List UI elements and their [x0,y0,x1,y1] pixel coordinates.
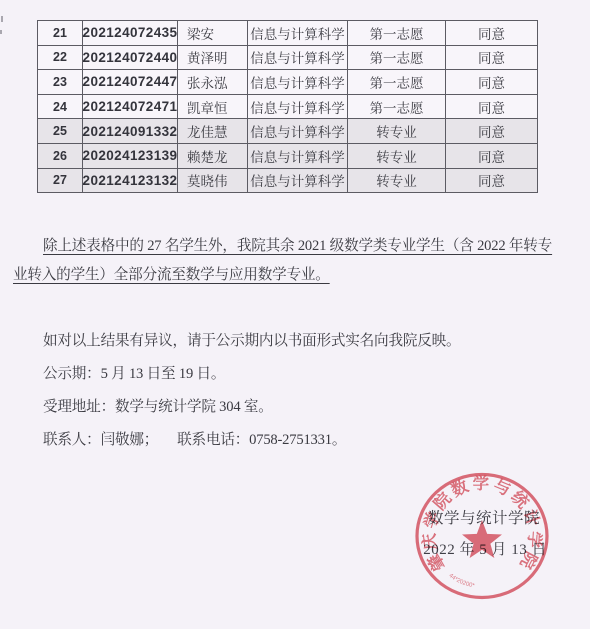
table-cell: 22 [38,46,83,71]
notice-paragraph-line2: 业转入的学生）全部分流至数学与应用数学专业。 [13,263,330,284]
scan-speck [1,16,3,22]
svg-text:44*20200*: 44*20200* [448,573,476,590]
allocation-table: 21202124072435梁安信息与计算科学第一志愿同意22202124072… [37,20,538,193]
publicity-period: 公示期：5 月 13 日至 19 日。 [43,362,225,383]
table-cell: 转专业 [348,169,446,194]
table-cell: 同意 [446,21,538,46]
table-cell: 信息与计算科学 [248,95,348,120]
table-cell: 同意 [446,169,538,194]
table-cell: 23 [38,70,83,95]
table-cell: 转专业 [348,119,446,144]
table-row: 26202024123139赖楚龙信息与计算科学转专业同意 [38,144,538,169]
table-cell: 信息与计算科学 [248,169,348,194]
table-row: 22202124072440黄泽明信息与计算科学第一志愿同意 [38,46,538,71]
table-cell: 第一志愿 [348,46,446,71]
table-cell: 第一志愿 [348,95,446,120]
table-cell: 黄泽明 [178,46,248,71]
table-cell: 张永泓 [178,70,248,95]
table-cell: 赖楚龙 [178,144,248,169]
table-cell: 信息与计算科学 [248,70,348,95]
table-cell: 龙佳慧 [178,119,248,144]
table-cell: 信息与计算科学 [248,21,348,46]
table-cell: 24 [38,95,83,120]
table-cell: 第一志愿 [348,21,446,46]
acceptance-address: 受理地址：数学与统计学院 304 室。 [43,395,273,416]
scan-speck [0,30,2,34]
table-cell: 26 [38,144,83,169]
seal-serial-number: 44*20200* [448,573,476,590]
table-cell: 202124072447 [83,70,178,95]
notice-paragraph-line1: 除上述表格中的 27 名学生外，我院其余 2021 级数学类专业学生（含 202… [43,234,552,255]
table-row: 21202124072435梁安信息与计算科学第一志愿同意 [38,21,538,46]
table-cell: 梁安 [178,21,248,46]
table-cell: 202124072435 [83,21,178,46]
objection-instructions: 如对以上结果有异议，请于公示期内以书面形式实名向我院反映。 [43,329,460,350]
seal-ring [417,475,547,598]
table-cell: 同意 [446,95,538,120]
table-cell: 同意 [446,70,538,95]
table-cell: 信息与计算科学 [248,46,348,71]
table-cell: 同意 [446,46,538,71]
contact-phone: 联系电话：0758-2751331。 [177,432,346,448]
table-cell: 27 [38,169,83,194]
table-cell: 25 [38,119,83,144]
table-cell: 同意 [446,144,538,169]
table-cell: 同意 [446,119,538,144]
table-row: 27202124123132莫晓伟信息与计算科学转专业同意 [38,169,538,194]
table-cell: 转专业 [348,144,446,169]
table-cell: 202124091332 [83,119,178,144]
signature-organization: 数学与统计学院 [428,506,540,528]
document-page: 21202124072435梁安信息与计算科学第一志愿同意22202124072… [0,0,590,629]
signature-date: 2022 年 5 月 13 日 [423,538,547,559]
table-row: 24202124072471凯章恒信息与计算科学第一志愿同意 [38,95,538,120]
table-cell: 信息与计算科学 [248,144,348,169]
table-cell: 凯章恒 [178,95,248,120]
contact-line: 联系人：闫敬娜；联系电话：0758-2751331。 [43,428,346,449]
table-cell: 信息与计算科学 [248,119,348,144]
table-cell: 202124123132 [83,169,178,194]
table-cell: 202124072440 [83,46,178,71]
table-row: 25202124091332龙佳慧信息与计算科学转专业同意 [38,119,538,144]
table-cell: 21 [38,21,83,46]
table-cell: 莫晓伟 [178,169,248,194]
table-cell: 第一志愿 [348,70,446,95]
contact-person: 联系人：闫敬娜； [43,432,158,448]
table-row: 23202124072447张永泓信息与计算科学第一志愿同意 [38,70,538,95]
table-cell: 202024123139 [83,144,178,169]
table-cell: 202124072471 [83,95,178,120]
